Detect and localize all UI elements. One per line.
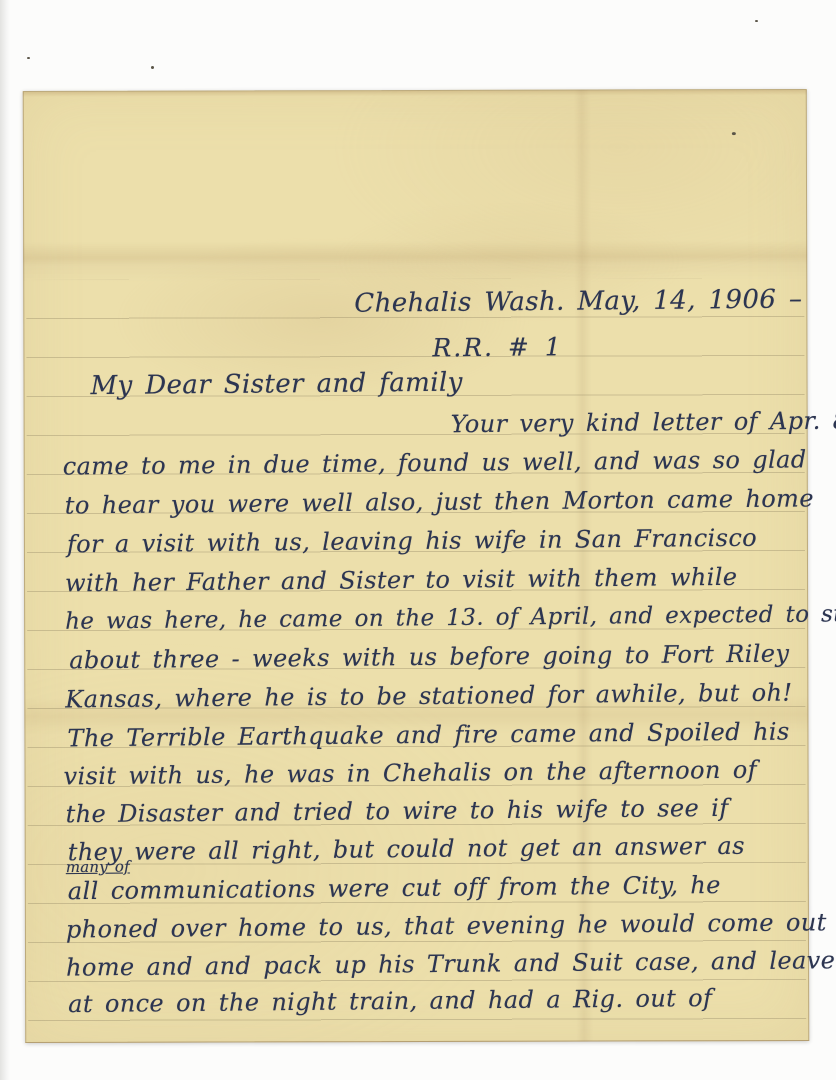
- letter-body-line: for a visit with us, leaving his wife in…: [67, 524, 757, 559]
- letter-body-line: Kansas, where he is to be stationed for …: [65, 678, 792, 713]
- scan-speck: [151, 66, 154, 69]
- letter-salutation: My Dear Sister and family: [90, 368, 463, 402]
- letter-dateline: Chehalis Wash. May, 14, 1906 –: [354, 284, 802, 318]
- letter-body-line: all communications were cut off from the…: [68, 871, 721, 905]
- letter-inserted-word: many of: [66, 858, 130, 877]
- letter-body-line: he was here, he came on the 13. of April…: [65, 601, 836, 635]
- letter-body-line: The Terrible Earthquake and fire came an…: [67, 718, 789, 753]
- scan-speck: [27, 57, 30, 59]
- letter-body-line: the Disaster and tried to wire to his wi…: [66, 794, 729, 828]
- scan-page: { "letter": { "description": "scanned ha…: [0, 0, 836, 1080]
- letter-body-line: home and and pack up his Trunk and Suit …: [66, 946, 835, 981]
- letter-route-number: R.R. # 1: [432, 332, 563, 362]
- letter-body-line: they were all right, but could not get a…: [68, 832, 745, 866]
- letter-body-line: about three - weeks with us before going…: [69, 640, 789, 675]
- scan-speck: [755, 20, 758, 22]
- letter-body-line: Your very kind letter of Apr. 8: [450, 406, 836, 438]
- letter-body-line: to hear you were well also, just then Mo…: [65, 484, 814, 519]
- letter-body-line: at once on the night train, and had a Ri…: [68, 984, 712, 1018]
- letter-body-line: phoned over home to us, that evening he …: [66, 908, 827, 943]
- letter-paper: Chehalis Wash. May, 14, 1906 – R.R. # 1 …: [23, 89, 809, 1043]
- scan-speck: [732, 132, 736, 135]
- letter-body-line: came to me in due time, found us well, a…: [63, 445, 807, 480]
- letter-body-line: visit with us, he was in Chehalis on the…: [63, 756, 757, 791]
- scanner-edge-shadow: [0, 0, 10, 1080]
- letter-body-line: with her Father and Sister to visit with…: [65, 563, 738, 597]
